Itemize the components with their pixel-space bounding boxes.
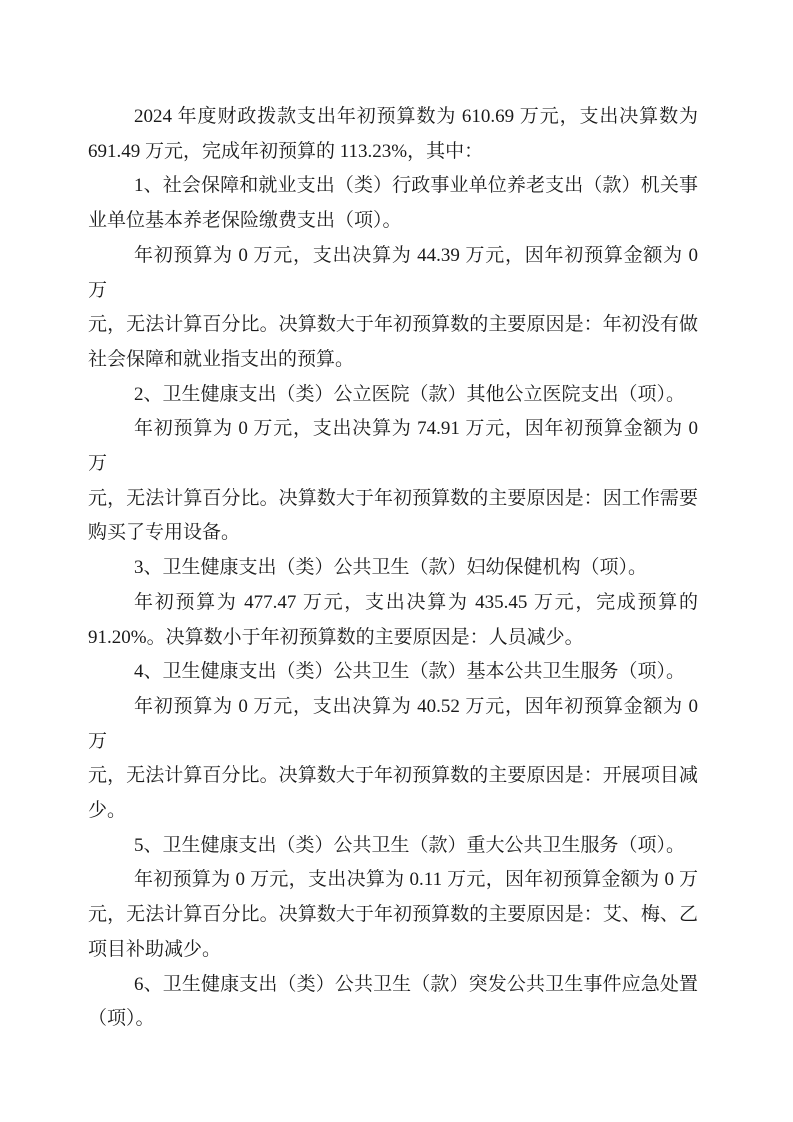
text-line: 年初预算为 477.47 万元，支出决算为 435.45 万元，完成预算的 xyxy=(88,586,698,621)
text-line: 业单位基本养老保险缴费支出（项）。 xyxy=(88,204,698,239)
text-line: 社会保障和就业指支出的预算。 xyxy=(88,343,698,378)
text-line: 2024 年度财政拨款支出年初预算数为 610.69 万元，支出决算数为 xyxy=(88,100,698,135)
paragraph-7: 年初预算为 477.47 万元，支出决算为 435.45 万元，完成预算的91.… xyxy=(88,586,698,655)
document-body: 2024 年度财政拨款支出年初预算数为 610.69 万元，支出决算数为691.… xyxy=(88,100,698,1037)
text-line: 元，无法计算百分比。决算数大于年初预算数的主要原因是：年初没有做 xyxy=(88,308,698,343)
document-page: 2024 年度财政拨款支出年初预算数为 610.69 万元，支出决算数为691.… xyxy=(0,0,793,1122)
paragraph-4: 2、卫生健康支出（类）公立医院（款）其他公立医院支出（项）。 xyxy=(88,378,698,413)
paragraph-6: 3、卫生健康支出（类）公共卫生（款）妇幼保健机构（项）。 xyxy=(88,551,698,586)
paragraph-11: 年初预算为 0 万元，支出决算为 0.11 万元，因年初预算金额为 0 万元，无… xyxy=(88,863,698,967)
paragraph-9: 年初预算为 0 万元，支出决算为 40.52 万元，因年初预算金额为 0 万元，… xyxy=(88,690,698,829)
text-line: 6、卫生健康支出（类）公共卫生（款）突发公共卫生事件应急处置 xyxy=(88,968,698,1003)
text-line: 元，无法计算百分比。决算数大于年初预算数的主要原因是：艾、梅、乙 xyxy=(88,898,698,933)
paragraph-12: 6、卫生健康支出（类）公共卫生（款）突发公共卫生事件应急处置（项）。 xyxy=(88,968,698,1037)
text-line: （项）。 xyxy=(88,1002,698,1037)
text-line: 年初预算为 0 万元，支出决算为 0.11 万元，因年初预算金额为 0 万 xyxy=(88,863,698,898)
paragraph-8: 4、卫生健康支出（类）公共卫生（款）基本公共卫生服务（项）。 xyxy=(88,655,698,690)
text-line: 年初预算为 0 万元，支出决算为 40.52 万元，因年初预算金额为 0 万 xyxy=(88,690,698,759)
text-line: 2、卫生健康支出（类）公立医院（款）其他公立医院支出（项）。 xyxy=(88,378,698,413)
text-line: 3、卫生健康支出（类）公共卫生（款）妇幼保健机构（项）。 xyxy=(88,551,698,586)
text-line: 年初预算为 0 万元，支出决算为 74.91 万元，因年初预算金额为 0 万 xyxy=(88,412,698,481)
paragraph-1: 2024 年度财政拨款支出年初预算数为 610.69 万元，支出决算数为691.… xyxy=(88,100,698,169)
text-line: 年初预算为 0 万元，支出决算为 44.39 万元，因年初预算金额为 0 万 xyxy=(88,239,698,308)
text-line: 少。 xyxy=(88,794,698,829)
text-line: 4、卫生健康支出（类）公共卫生（款）基本公共卫生服务（项）。 xyxy=(88,655,698,690)
text-line: 元，无法计算百分比。决算数大于年初预算数的主要原因是：开展项目减 xyxy=(88,759,698,794)
text-line: 1、社会保障和就业支出（类）行政事业单位养老支出（款）机关事 xyxy=(88,169,698,204)
paragraph-10: 5、卫生健康支出（类）公共卫生（款）重大公共卫生服务（项）。 xyxy=(88,829,698,864)
text-line: 691.49 万元，完成年初预算的 113.23%，其中： xyxy=(88,135,698,170)
text-line: 5、卫生健康支出（类）公共卫生（款）重大公共卫生服务（项）。 xyxy=(88,829,698,864)
paragraph-3: 年初预算为 0 万元，支出决算为 44.39 万元，因年初预算金额为 0 万元，… xyxy=(88,239,698,378)
text-line: 91.20%。决算数小于年初预算数的主要原因是：人员减少。 xyxy=(88,621,698,656)
text-line: 项目补助减少。 xyxy=(88,933,698,968)
text-line: 元，无法计算百分比。决算数大于年初预算数的主要原因是：因工作需要 xyxy=(88,482,698,517)
paragraph-2: 1、社会保障和就业支出（类）行政事业单位养老支出（款）机关事业单位基本养老保险缴… xyxy=(88,169,698,238)
paragraph-5: 年初预算为 0 万元，支出决算为 74.91 万元，因年初预算金额为 0 万元，… xyxy=(88,412,698,551)
text-line: 购买了专用设备。 xyxy=(88,516,698,551)
